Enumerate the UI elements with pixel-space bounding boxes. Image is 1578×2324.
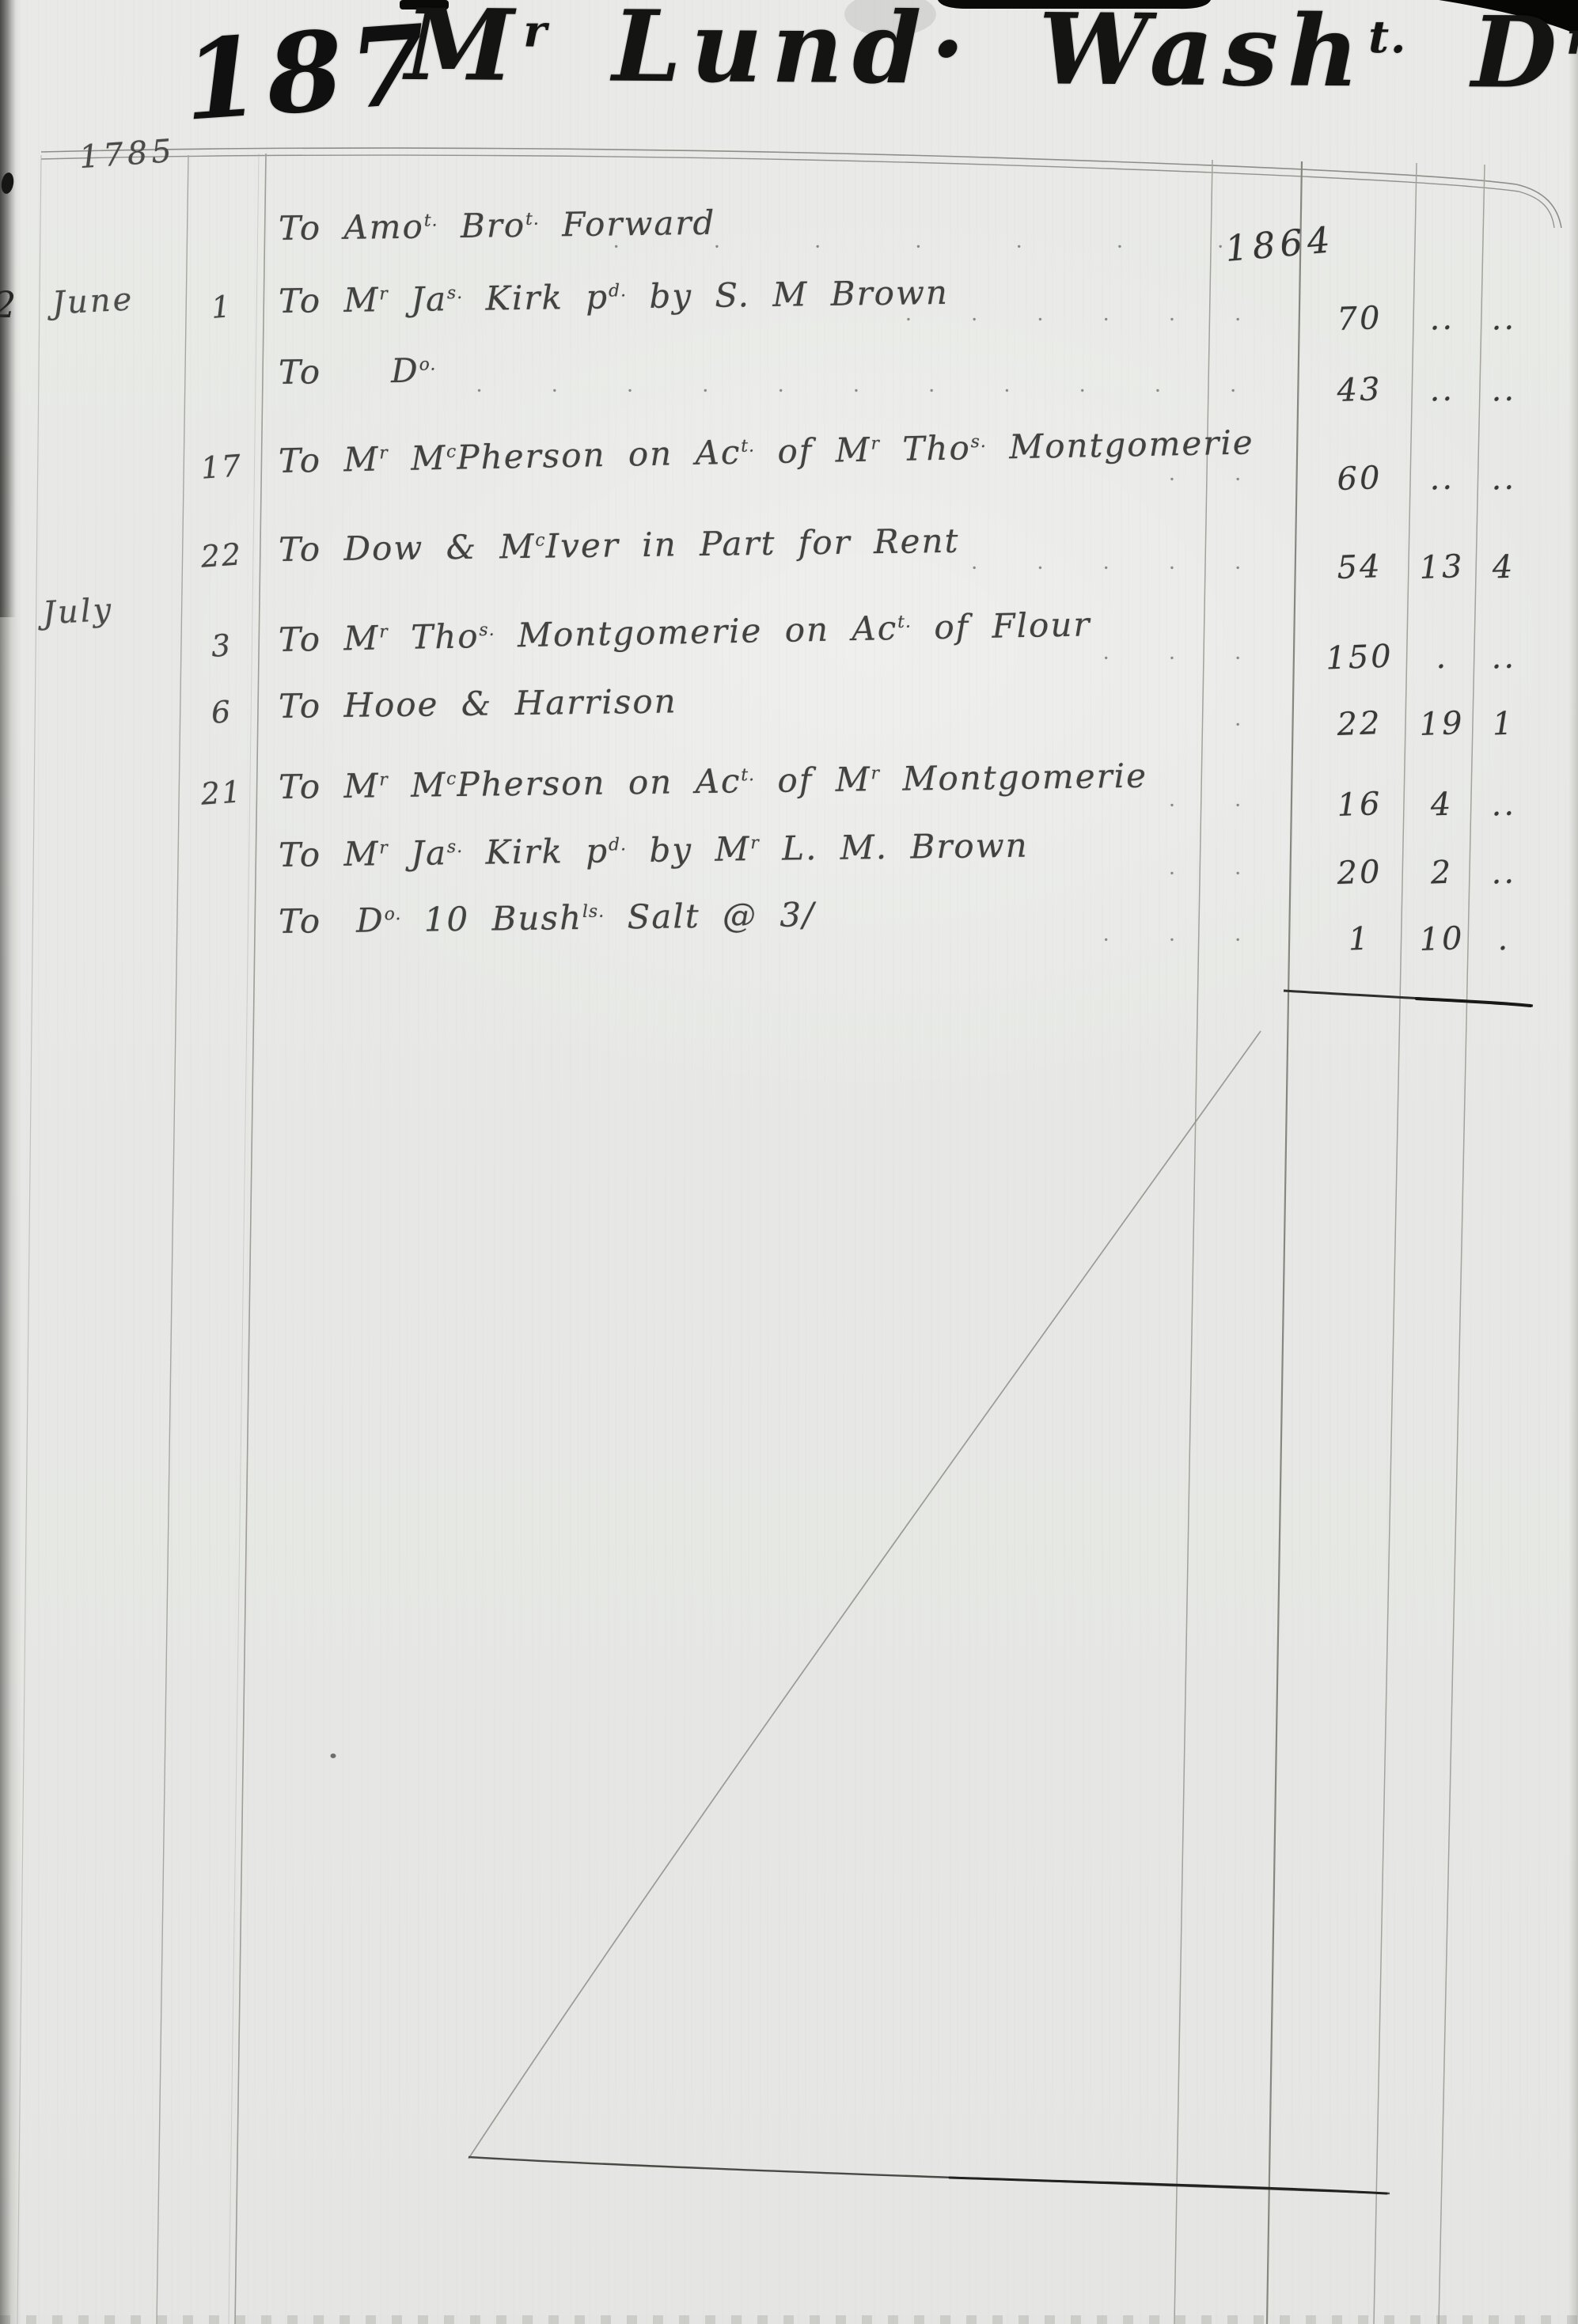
- leader-dots: · · ·: [279, 647, 1268, 669]
- leader-dots: · · · · · · ·: [279, 236, 1268, 258]
- entry-pence: .: [1463, 919, 1544, 958]
- entry-day: 22: [188, 536, 256, 575]
- entry-pence: ..: [1463, 299, 1544, 338]
- leader-dots: · · · · · ·: [279, 309, 1268, 331]
- entry-month: June: [51, 281, 135, 321]
- leader-dots: · · · · · · · · · · ·: [279, 380, 1268, 402]
- entry-pounds: 16: [1307, 785, 1413, 825]
- leader-dots: · ·: [279, 468, 1268, 491]
- page-number: 187: [180, 0, 438, 146]
- leader-dots: · · · · ·: [279, 557, 1268, 579]
- ledger-ruling-lines: [0, 0, 1578, 2324]
- bottom-rule-heavy-end: [950, 2178, 1386, 2193]
- entry-pounds: 70: [1307, 299, 1413, 339]
- margin-mark: 2: [0, 283, 16, 326]
- column-line-month-day: [157, 155, 188, 2324]
- entry-pence: ..: [1463, 459, 1544, 498]
- entry-pounds: 150: [1307, 638, 1413, 678]
- year-label: 1785: [78, 133, 177, 176]
- entry-pence: 4: [1463, 548, 1544, 586]
- leader-dots: · ·: [279, 862, 1268, 885]
- page-title: Mr Lund· Washt. Dr: [405, 0, 1577, 111]
- entry-day: 1: [188, 287, 256, 327]
- entry-day: 21: [188, 773, 256, 813]
- total-rule-heavy-end: [1417, 999, 1531, 1006]
- entry-pence: ..: [1463, 785, 1544, 824]
- header-rule-curl: [1519, 191, 1554, 228]
- header-rule: [41, 148, 1516, 184]
- leader-dots: ·: [279, 714, 1268, 736]
- column-line-margin: [17, 155, 41, 2324]
- entry-day: 3: [188, 626, 256, 665]
- paper-crease: [820, 2026, 825, 2324]
- header-rule: [41, 155, 1519, 191]
- entry-pounds: 20: [1307, 853, 1413, 893]
- diagonal-strike: [468, 1031, 1261, 2159]
- entry-pounds: 1: [1307, 919, 1413, 960]
- column-line-pounds: [1267, 161, 1302, 2324]
- entry-pounds: 54: [1307, 548, 1413, 588]
- leader-dots: · ·: [279, 794, 1268, 817]
- entry-day: 17: [188, 447, 256, 487]
- ledger-page: 187 Mr Lund· Washt. Dr 1785 1864 2 To Am…: [0, 0, 1578, 2324]
- entry-month: July: [42, 592, 114, 632]
- ink-speck: [331, 1753, 336, 1758]
- entry-pence: ..: [1463, 370, 1544, 409]
- entry-pence: 1: [1463, 704, 1544, 743]
- header-rule-curl: [1516, 184, 1561, 228]
- entry-day: 6: [188, 692, 256, 732]
- entry-pence: ..: [1463, 638, 1544, 677]
- entry-pounds: 22: [1307, 704, 1413, 745]
- entry-pence: ..: [1463, 853, 1544, 892]
- entry-pounds: 60: [1307, 459, 1413, 499]
- leader-dots: · · ·: [279, 929, 1268, 951]
- entry-pounds: 43: [1307, 370, 1413, 411]
